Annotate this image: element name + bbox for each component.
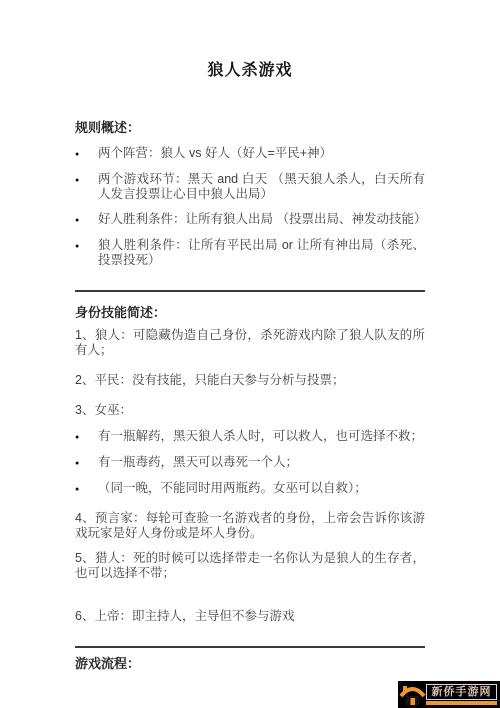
list-item: ● 有一瓶解药，黑天狼人杀人时，可以救人，也可选择不救； [75,429,425,445]
list-item-text: （同一晚，不能同时用两瓶药。女巫可以自救）； [98,481,367,497]
numbered-item-wolf: 1、狼人：可隐藏伪造自己身份，杀死游戏内除了狼人队友的所有人； [75,328,425,358]
section-heading-flow: 游戏流程： [75,656,425,671]
site-name: 新侨手游网 [432,686,492,698]
list-item-text: 有一瓶解药，黑天狼人杀人时，可以救人，也可选择不救； [98,429,423,445]
witch-skill-list: ● 有一瓶解药，黑天狼人杀人时，可以救人，也可选择不救； ● 有一瓶毒药，黑天可… [75,429,425,497]
document-page: 狼人杀游戏 规则概述： ● 两个阵营：狼人 vs 好人（好人=平民+神） ● 两… [0,0,500,708]
watermark-text-block: 新侨手游网 [426,684,497,705]
list-item-text: 有一瓶毒药，黑天可以毒死一个人； [98,455,298,471]
numbered-item-witch: 3、女巫： [75,403,425,418]
bullet-icon: ● [75,146,98,162]
list-item-text: 两个阵营：狼人 vs 好人（好人=平民+神） [98,146,332,162]
bullet-icon: ● [75,481,98,497]
list-item: ● 狼人胜利条件：让所有平民出局 or 让所有神出局（杀死、投票投死） [75,238,425,268]
list-item-text: 两个游戏环节：黑天 and 白天 （黑天狼人杀人，白天所有人发言投票让心目中狼人… [98,172,425,202]
numbered-item-hunter: 5、猎人：死的时候可以选择带走一名你认为是狼人的生存者，也可以选择不带； [75,551,425,581]
bullet-icon: ● [75,212,98,228]
list-item-text: 好人胜利条件：让所有狼人出局 （投票出局、神发动技能） [98,212,425,228]
bullet-icon: ● [75,172,98,202]
list-item: ● 两个阵营：狼人 vs 好人（好人=平民+神） [75,146,425,162]
list-item: ● 好人胜利条件：让所有狼人出局 （投票出局、神发动技能） [75,212,425,228]
list-item: ● 两个游戏环节：黑天 and 白天 （黑天狼人杀人，白天所有人发言投票让心目中… [75,172,425,202]
section-rules: 规则概述： ● 两个阵营：狼人 vs 好人（好人=平民+神） ● 两个游戏环节：… [75,120,425,268]
list-item: ● 有一瓶毒药，黑天可以毒死一个人； [75,455,425,471]
section-flow: 游戏流程： [75,656,425,671]
section-divider [75,646,425,648]
house-icon [399,683,426,707]
document-title: 狼人杀游戏 [0,0,500,82]
bullet-icon: ● [75,429,98,445]
numbered-item-seer: 4、预言家：每轮可查验一名游戏者的身份，上帝会告诉你该游戏玩家是好人身份或是坏人… [75,511,425,541]
bullet-icon: ● [75,455,98,471]
section-divider [75,290,425,292]
bullet-icon: ● [75,238,98,268]
site-name-box: 新侨手游网 [426,684,497,700]
document-content: 规则概述： ● 两个阵营：狼人 vs 好人（好人=平民+神） ● 两个游戏环节：… [0,120,500,671]
section-roles: 身份技能简述： 1、狼人：可隐藏伪造自己身份，杀死游戏内除了狼人队友的所有人； … [75,305,425,624]
section-heading-rules: 规则概述： [75,120,425,135]
list-item-text: 狼人胜利条件：让所有平民出局 or 让所有神出局（杀死、投票投死） [98,238,425,268]
numbered-item-god: 6、上帝：即主持人，主导但不参与游戏 [75,609,425,624]
section-heading-roles: 身份技能简述： [75,305,425,320]
list-item: ● （同一晚，不能同时用两瓶药。女巫可以自救）； [75,481,425,497]
accent-bar [426,701,497,705]
site-watermark: 新侨手游网 [398,681,500,708]
numbered-item-villager: 2、平民：没有技能，只能白天参与分析与投票； [75,373,425,388]
